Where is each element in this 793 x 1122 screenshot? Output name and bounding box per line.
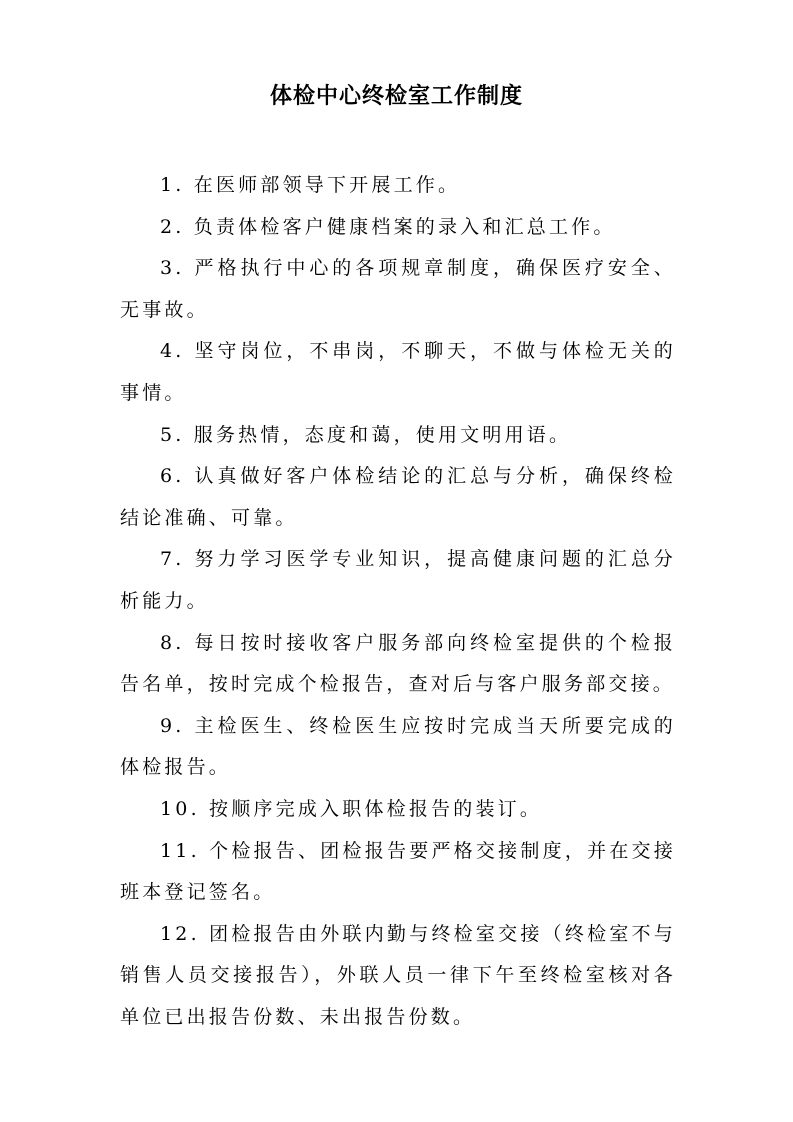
rule-item-12: 12. 团检报告由外联内勤与终检室交接（终检室不与销售人员交接报告），外联人员一… [120, 914, 676, 1039]
document-body: 1. 在医师部领导下开展工作。 2. 负责体检客户健康档案的录入和汇总工作。 3… [120, 165, 676, 1038]
rule-item-3: 3. 严格执行中心的各项规章制度，确保医疗安全、无事故。 [120, 248, 676, 331]
rule-item-1: 1. 在医师部领导下开展工作。 [120, 165, 676, 207]
rule-item-5: 5. 服务热情，态度和蔼，使用文明用语。 [120, 415, 676, 457]
rule-item-10: 10. 按顺序完成入职体检报告的装订。 [120, 789, 676, 831]
rule-item-11: 11. 个检报告、团检报告要严格交接制度，并在交接班本登记签名。 [120, 831, 676, 914]
rule-item-7: 7. 努力学习医学专业知识，提高健康问题的汇总分析能力。 [120, 539, 676, 622]
rule-item-9: 9. 主检医生、终检医生应按时完成当天所要完成的体检报告。 [120, 706, 676, 789]
document-title: 体检中心终检室工作制度 [0, 82, 793, 112]
rule-item-6: 6. 认真做好客户体检结论的汇总与分析，确保终检结论准确、可靠。 [120, 456, 676, 539]
rule-item-2: 2. 负责体检客户健康档案的录入和汇总工作。 [120, 207, 676, 249]
rule-item-8: 8. 每日按时接收客户服务部向终检室提供的个检报告名单，按时完成个检报告，查对后… [120, 623, 676, 706]
rule-item-4: 4. 坚守岗位，不串岗，不聊天，不做与体检无关的事情。 [120, 331, 676, 414]
document-page: 体检中心终检室工作制度 1. 在医师部领导下开展工作。 2. 负责体检客户健康档… [0, 0, 793, 1122]
